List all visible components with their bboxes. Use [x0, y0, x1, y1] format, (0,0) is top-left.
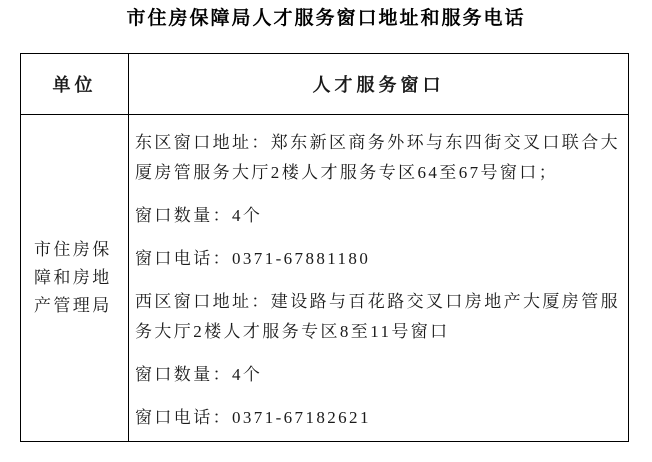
page-title: 市住房保障局人才服务窗口地址和服务电话: [0, 0, 652, 31]
service-window-column-header: 人才服务窗口: [129, 54, 628, 115]
unit-column-header: 单位: [21, 54, 129, 115]
service-window-cell: 东区窗口地址：郑东新区商务外环与东四街交叉口联合大厦房管服务大厅2楼人才服务专区…: [129, 115, 628, 441]
west-window-count: 窗口数量：4个: [135, 360, 626, 390]
unit-cell: 市住房保障和房地产管理局: [21, 115, 129, 441]
west-window-phone: 窗口电话：0371-67182621: [135, 403, 626, 433]
east-window-phone: 窗口电话：0371-67881180: [135, 244, 626, 274]
west-window-address: 西区窗口地址：建设路与百花路交叉口房地产大厦房管服务大厅2楼人才服务专区8至11…: [135, 287, 626, 347]
service-window-table: 单位 人才服务窗口 市住房保障和房地产管理局 东区窗口地址：郑东新区商务外环与东…: [20, 53, 629, 442]
east-window-address: 东区窗口地址：郑东新区商务外环与东四街交叉口联合大厦房管服务大厅2楼人才服务专区…: [135, 128, 626, 188]
document-page: 市住房保障局人才服务窗口地址和服务电话 单位 人才服务窗口 市住房保障和房地产管…: [0, 0, 652, 462]
east-window-count: 窗口数量：4个: [135, 201, 626, 231]
